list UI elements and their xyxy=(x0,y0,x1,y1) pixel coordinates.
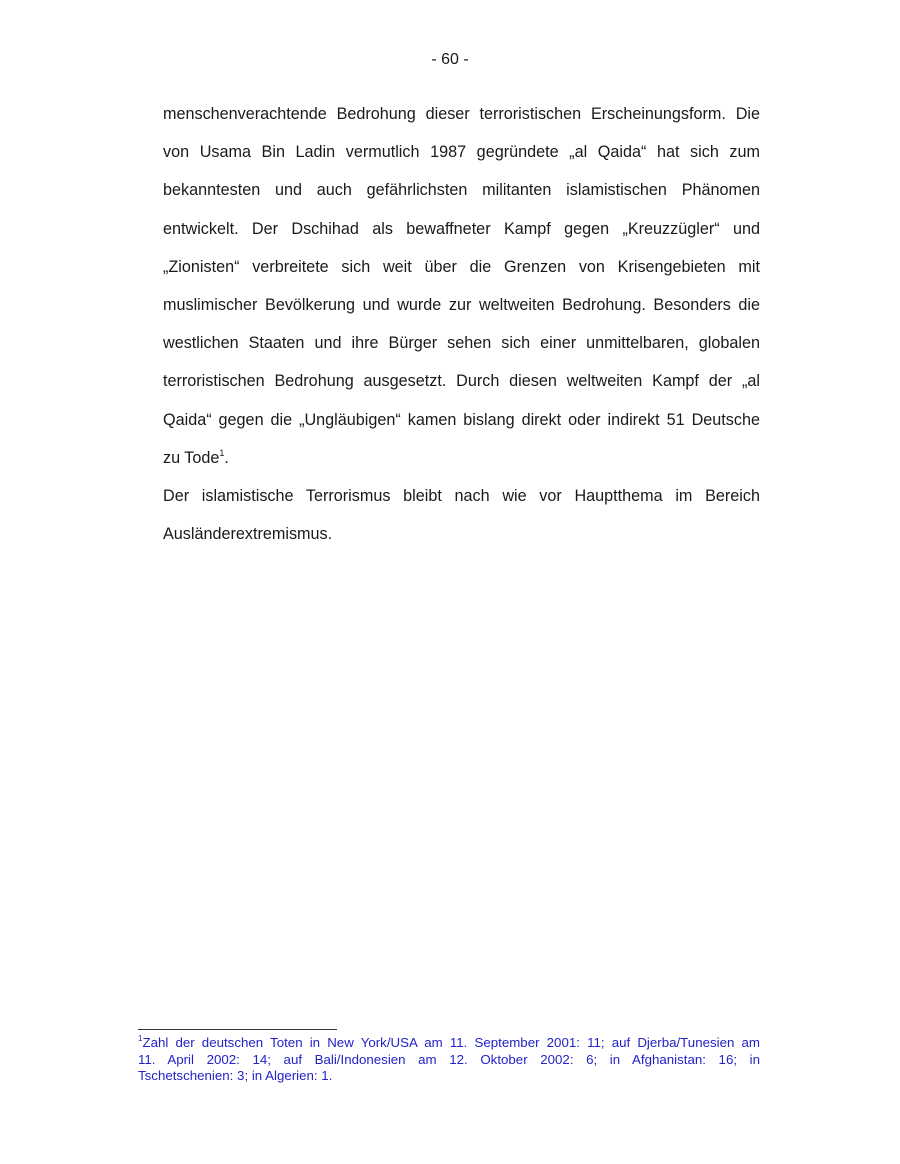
footnote: 1Zahl der deutschen Toten in New York/US… xyxy=(138,1035,760,1085)
body-line: Der islamistische Terrorismus bleibt nac… xyxy=(163,477,760,515)
footnote-line: Tschetschenien: 3; in Algerien: 1. xyxy=(138,1068,760,1085)
body-line: von Usama Bin Ladin vermutlich 1987 gegr… xyxy=(163,133,760,171)
body-line: entwickelt. Der Dschihad als bewaffneter… xyxy=(163,210,760,248)
body-line: bekanntesten und auch gefährlichsten mil… xyxy=(163,171,760,209)
body-line: muslimischer Bevölkerung und wurde zur w… xyxy=(163,286,760,324)
footnote-line: 11. April 2002: 14; auf Bali/Indonesien … xyxy=(138,1052,760,1069)
footnote-text: Zahl der deutschen Toten in New York/USA… xyxy=(142,1035,760,1050)
body-text: menschenverachtende Bedrohung dieser ter… xyxy=(163,95,760,553)
footnote-separator xyxy=(138,1029,337,1030)
body-line: „Zionisten“ verbreitete sich weit über d… xyxy=(163,248,760,286)
page-number: - 60 - xyxy=(0,50,900,70)
body-line: westlichen Staaten und ihre Bürger sehen… xyxy=(163,324,760,362)
body-line-end-paragraph-1: zu Tode1. xyxy=(163,439,760,477)
body-line: Qaida“ gegen die „Ungläubigen“ kamen bis… xyxy=(163,401,760,439)
body-line: terroristischen Bedrohung ausgesetzt. Du… xyxy=(163,362,760,400)
footnote-line: 1Zahl der deutschen Toten in New York/US… xyxy=(138,1035,760,1052)
body-line: menschenverachtende Bedrohung dieser ter… xyxy=(163,95,760,133)
body-line: Ausländerextremismus. xyxy=(163,515,760,553)
body-line-text: zu Tode xyxy=(163,449,219,467)
body-line-punctuation: . xyxy=(224,449,229,467)
